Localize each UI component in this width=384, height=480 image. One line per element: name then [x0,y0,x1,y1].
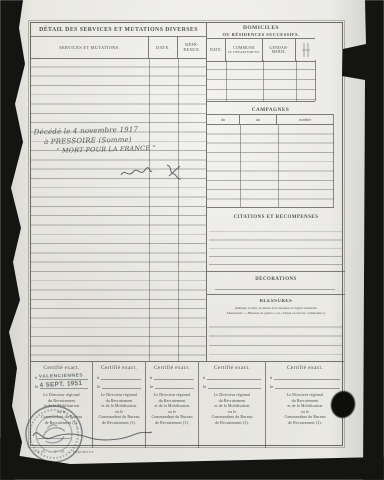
fill-in-line [208,388,261,389]
campagnes-rows [207,125,334,207]
column-divider [240,125,241,207]
fill-in-line [102,388,141,389]
decorations-title: DÉCORATIONS [207,277,345,282]
citations-lines [209,224,342,270]
services-table-body: Décédé le 4 novembre 1917 à PRESSOIRE (S… [31,58,206,361]
column-divider [226,60,227,101]
column-divider [263,60,264,101]
vertical-label-illegible-icon [301,42,311,58]
campagnes-col-au: au [240,115,278,124]
column-divider [296,60,297,101]
blessures-lines [209,318,342,359]
blessures-note: (indiquer la date, la nature de la bless… [208,306,344,315]
signatory-text: Le Directeur régional du Recrutement et … [149,392,195,425]
services-table-header: SERVICES ET MUTATIONS. DATE. RÉFÉ- RENCE… [31,36,206,59]
section-divider [207,271,345,272]
column-divider [178,58,179,361]
fill-in-line [275,388,340,389]
section-divider [207,294,345,295]
handwritten-initials-scribble [119,166,153,180]
domiciles-col-date: DATE. [207,39,226,61]
printer-imprint: 7-4-49. — N° 18. — Imprimerie [33,449,94,454]
blessures-title: BLESSURES [207,299,345,304]
column-header-reference: RÉFÉ- RENCE. [178,36,206,58]
campagnes-col-nombre: nombre [277,115,333,124]
column-divider [149,58,150,361]
domiciles-header: DATE. COMMUNE ET DÉPARTEMENT. GENDAR- ME… [207,38,315,62]
services-table-title: DÉTAIL DES SERVICES ET MUTATIONS DIVERSE… [31,23,206,37]
handwritten-date-scribble [163,162,185,180]
domiciles-rows [207,60,316,101]
column-header-services: SERVICES ET MUTATIONS. [31,36,149,58]
campagnes-title: CAMPAGNES [207,107,334,113]
handwritten-death-annotation: Décédé le 4 novembre 1917 à PRESSOIRE (S… [34,124,203,157]
right-panel: DOMICILES OU RÉSIDENCES SUCCESSIFS. DATE… [206,23,345,361]
campagnes-col-du: du [207,115,240,124]
domiciles-col-gendarmerie: GENDAR- MERIE. [263,39,296,61]
signatory-text: Le Directeur régional du Recrutement et … [96,392,142,425]
scanned-military-record: { "colors": { "paper": "#e9e8e3", "ink":… [0,0,384,480]
campagnes-header: du au nombre [207,114,334,125]
decorations-line [215,289,335,290]
form-frame: DÉTAIL DES SERVICES ET MUTATIONS DIVERSE… [30,22,343,446]
domiciles-col4 [296,39,315,61]
domiciles-col-commune: COMMUNE ET DÉPARTEMENT. [226,39,263,61]
section-divider [207,101,315,102]
section-divider [207,207,334,208]
fill-in-line [155,388,194,389]
domiciles-title: DOMICILES [207,25,315,31]
domiciles-subtitle: OU RÉSIDENCES SUCCESSIFS. [207,32,315,37]
signatory-text: Le Directeur régional du Recrutement et … [202,392,262,425]
certification-box: Certifié exact. à le Le Directeur région… [199,362,266,448]
citations-title: CITATIONS ET RÉCOMPENSES [207,215,345,220]
column-header-date: DATE. [149,36,178,58]
column-divider [278,125,279,207]
